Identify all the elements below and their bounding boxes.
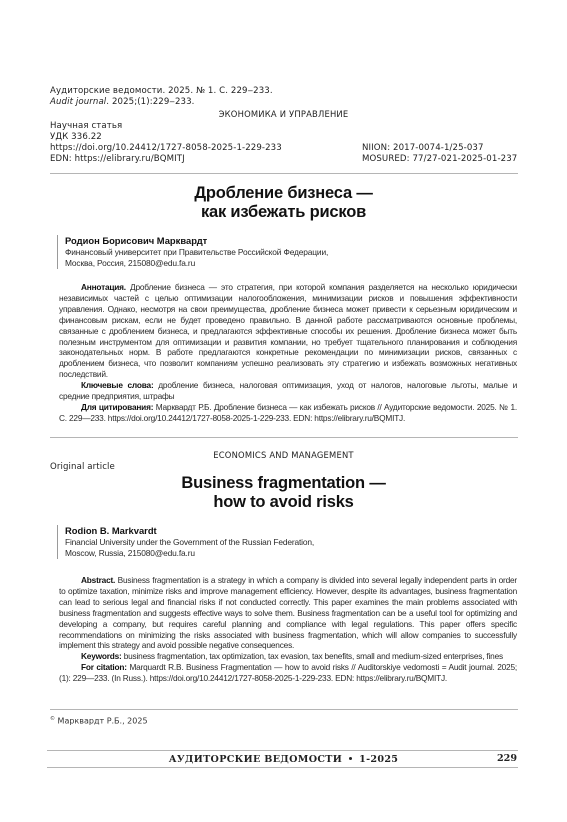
running-footer: АУДИТОРСКИЕ ВЕДОМОСТИ1-2025	[0, 754, 567, 765]
keywords-text-en: business fragmentation, tax optimization…	[122, 651, 503, 661]
citation-block-ru: Для цитирования: Марквардт Р.Б. Дроблени…	[59, 402, 517, 424]
citation-en: Audit journal. 2025;(1):229‒233.	[50, 97, 350, 108]
bullet-icon	[349, 757, 352, 760]
abstract-text-en: Business fragmentation is a strategy in …	[59, 575, 517, 650]
copyright-note: © Марквардт Р.Б., 2025	[50, 716, 148, 726]
title-en-line2: how to avoid risks	[0, 493, 567, 512]
author-block-en: Rodion B. Markvardt Financial University…	[57, 525, 525, 559]
journal-citation-header: Аудиторские ведомости. 2025. № 1. С. 229…	[50, 86, 350, 108]
udc: УДК 336.22	[50, 132, 350, 143]
footer-rule-top	[47, 750, 518, 751]
rubric-ru: ЭКОНОМИКА И УПРАВЛЕНИЕ	[0, 109, 567, 119]
keywords-label-en: Keywords:	[81, 651, 122, 661]
journal-name-en: Audit journal	[50, 97, 106, 107]
divider	[50, 437, 518, 438]
author-affiliation-en: Financial University under the Governmen…	[65, 537, 525, 548]
article-type-en: Original article	[50, 462, 115, 473]
keywords-en: Keywords: business fragmentation, tax op…	[59, 651, 517, 662]
keywords-label-ru: Ключевые слова:	[81, 380, 154, 390]
copyright-text: Марквардт Р.Б., 2025	[55, 717, 148, 726]
citation-text-en: Marquardt R.B. Business Fragmentation — …	[59, 662, 517, 683]
author-location-en: Moscow, Russia, 215080@edu.fa.ru	[65, 548, 525, 559]
mosured-code: MOSURED: 77/27-021-2025-01-237	[362, 154, 562, 165]
author-name-ru: Родион Борисович Марквардт	[65, 235, 525, 247]
keywords-ru: Ключевые слова: дробление бизнеса, налог…	[59, 380, 517, 402]
abstract-label-en: Abstract.	[81, 575, 115, 585]
footer-journal-name: АУДИТОРСКИЕ ВЕДОМОСТИ	[169, 754, 342, 765]
title-ru-line1: Дробление бизнеса —	[0, 184, 567, 203]
article-title-en: Business fragmentation — how to avoid ri…	[0, 474, 567, 512]
edn-link[interactable]: EDN: https://elibrary.ru/BQMITJ	[50, 154, 350, 165]
article-meta-right: NIION: 2017-0074-1/25-037 MOSURED: 77/27…	[362, 143, 562, 165]
citation-ru: Аудиторские ведомости. 2025. № 1. С. 229…	[50, 86, 350, 97]
footer-rule-bottom	[47, 767, 518, 768]
citation-label-en: For citation:	[81, 662, 127, 672]
citation-en-rest: . 2025;(1):229‒233.	[106, 97, 194, 107]
abstract-text-ru: Дробление бизнеса — это стратегия, при к…	[59, 282, 517, 379]
citation-label-ru: Для цитирования:	[81, 402, 153, 412]
niion-code: NIION: 2017-0074-1/25-037	[362, 143, 562, 154]
title-ru-line2: как избежать рисков	[0, 203, 567, 222]
abstract-section-ru: Аннотация. Дробление бизнеса — это страт…	[59, 282, 517, 424]
article-meta-left: Научная статья УДК 336.22 https://doi.or…	[50, 121, 350, 165]
article-title-ru: Дробление бизнеса — как избежать рисков	[0, 184, 567, 222]
author-name-en: Rodion B. Markvardt	[65, 525, 525, 537]
author-block-ru: Родион Борисович Марквардт Финансовый ун…	[57, 235, 525, 269]
author-location-ru: Москва, Россия, 215080@edu.fa.ru	[65, 258, 525, 269]
abstract-ru: Аннотация. Дробление бизнеса — это страт…	[59, 282, 517, 380]
author-affiliation-ru: Финансовый университет при Правительстве…	[65, 247, 525, 258]
doi-link[interactable]: https://doi.org/10.24412/1727-8058-2025-…	[50, 143, 350, 154]
divider	[50, 173, 518, 174]
page-number: 229	[490, 753, 517, 764]
title-en-line1: Business fragmentation —	[0, 474, 567, 493]
article-type-ru: Научная статья	[50, 121, 350, 132]
citation-block-en: For citation: Marquardt R.B. Business Fr…	[59, 662, 517, 684]
rubric-en: ECONOMICS AND MANAGEMENT	[0, 450, 567, 460]
abstract-label-ru: Аннотация.	[81, 282, 126, 292]
abstract-en: Abstract. Business fragmentation is a st…	[59, 575, 517, 651]
divider	[50, 709, 518, 710]
abstract-section-en: Abstract. Business fragmentation is a st…	[59, 575, 517, 684]
footer-issue: 1-2025	[359, 754, 398, 765]
